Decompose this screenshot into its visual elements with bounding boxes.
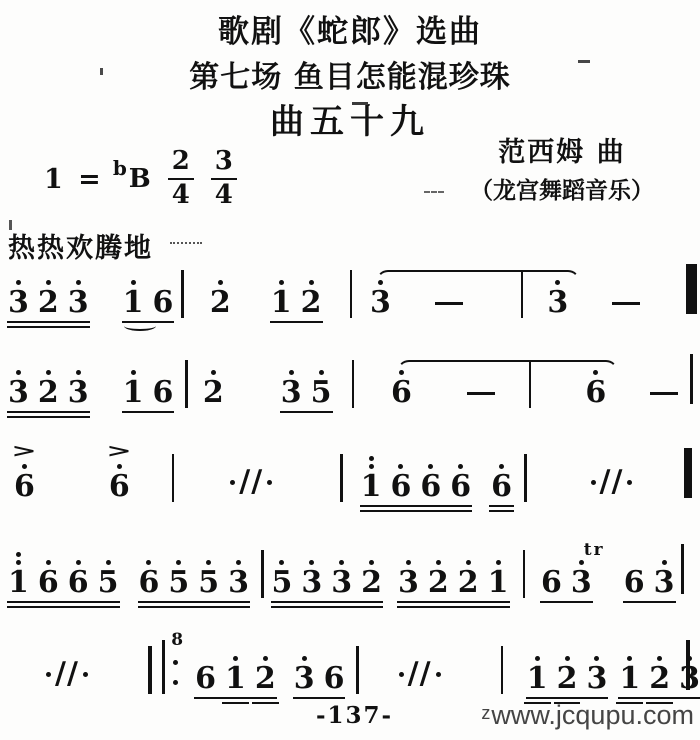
note-digit: 3 bbox=[398, 567, 419, 598]
note-digit: 3 bbox=[301, 567, 322, 598]
note-digit: 6 bbox=[391, 377, 412, 408]
watermark-mark: z bbox=[481, 703, 490, 724]
jianpu-note: 1 bbox=[123, 280, 144, 318]
note-digit: 6 bbox=[139, 567, 160, 598]
simile-dot bbox=[591, 480, 596, 485]
jianpu-note: 2 bbox=[301, 280, 322, 318]
jianpu-note: 3 bbox=[8, 370, 29, 408]
jianpu-note: 3 bbox=[586, 656, 607, 694]
note-digit: 6 bbox=[38, 567, 59, 598]
repeat-count: 8 bbox=[171, 630, 183, 650]
octave-dots bbox=[369, 456, 374, 469]
jianpu-note: 1 bbox=[488, 560, 509, 598]
jianpu-note: 3 bbox=[68, 280, 89, 318]
note-group: 16 bbox=[123, 370, 174, 408]
watermark: z www.jcqupu.com bbox=[481, 700, 694, 731]
note-digit: 2 bbox=[38, 287, 59, 318]
note-digit: 6 bbox=[491, 471, 512, 502]
jianpu-note: 6 bbox=[68, 560, 89, 598]
note-group: 63tr bbox=[624, 560, 675, 598]
barline bbox=[524, 454, 527, 502]
scan-artifact bbox=[424, 191, 444, 193]
note-group: 323 bbox=[8, 370, 89, 408]
note-group: 35 bbox=[281, 370, 332, 408]
jianpu-note: 2 bbox=[38, 370, 59, 408]
note-digit: 3 bbox=[370, 287, 391, 318]
note-digit: 3 bbox=[68, 287, 89, 318]
note-group: 1665 bbox=[8, 552, 119, 598]
note-group: 6553 bbox=[139, 560, 250, 598]
scan-artifact bbox=[170, 242, 202, 244]
jianpu-note: 2 bbox=[38, 280, 59, 318]
jianpu-note: 5 bbox=[98, 560, 119, 598]
jianpu-note: 3 bbox=[654, 560, 675, 598]
note-digit: 3 bbox=[547, 287, 568, 318]
note-group: 16 bbox=[123, 280, 174, 318]
note-digit: 1 bbox=[123, 287, 144, 318]
jianpu-note: 1 bbox=[271, 280, 292, 318]
note-digit: 3 bbox=[331, 567, 352, 598]
edge-barline bbox=[686, 264, 697, 314]
note-digit: 6 bbox=[450, 471, 471, 502]
jianpu-note: 6 bbox=[153, 287, 174, 318]
jianpu-note: 3 bbox=[68, 370, 89, 408]
note-digit: 6 bbox=[541, 567, 562, 598]
repeat-dot bbox=[173, 680, 178, 685]
jianpu-note: >6 bbox=[14, 442, 35, 502]
jianpu-note: 5 bbox=[168, 560, 189, 598]
edge-barline bbox=[684, 448, 692, 498]
jianpu-note: 3 bbox=[8, 280, 29, 318]
note-digit: 1 bbox=[123, 377, 144, 408]
sheet-music-page: 歌剧《蛇郎》选曲 第七场 鱼目怎能混珍珠 曲五十九 1 = b B 2 4 3 … bbox=[0, 0, 700, 740]
simile-repeat-sign: // bbox=[42, 659, 92, 689]
jianpu-note: 6 bbox=[420, 464, 441, 502]
note-group: 5332 bbox=[272, 560, 383, 598]
jianpu-note: 6 bbox=[541, 567, 562, 598]
jianpu-note: 3 bbox=[571, 560, 592, 598]
jianpu-note: 3 bbox=[228, 560, 249, 598]
note-digit: 5 bbox=[272, 567, 293, 598]
note-digit: 6 bbox=[195, 663, 216, 694]
jianpu-note: 2 bbox=[255, 656, 276, 694]
note-digit: 5 bbox=[198, 567, 219, 598]
simile-dot bbox=[83, 672, 88, 677]
accent-mark: > bbox=[107, 442, 132, 461]
simile-dot bbox=[230, 480, 235, 485]
note-group: 612 bbox=[195, 656, 276, 694]
barline bbox=[501, 646, 503, 694]
slur-under bbox=[124, 321, 156, 331]
jianpu-note: 6 bbox=[391, 464, 412, 502]
barline bbox=[523, 550, 526, 598]
jianpu-note: 2 bbox=[649, 656, 670, 694]
note-digit: 6 bbox=[68, 567, 89, 598]
note-digit: 5 bbox=[168, 567, 189, 598]
note-digit: 3 bbox=[586, 663, 607, 694]
repeat-barline bbox=[162, 640, 165, 694]
note-digit: 3 bbox=[68, 377, 89, 408]
note-digit: 2 bbox=[428, 567, 449, 598]
trill-mark: tr bbox=[584, 540, 605, 560]
jianpu-note: 1 bbox=[619, 656, 640, 694]
note-digit: 3 bbox=[571, 567, 592, 598]
octave-dot bbox=[369, 456, 374, 461]
octave-dot bbox=[16, 552, 21, 557]
tie-slur bbox=[376, 270, 580, 288]
jianpu-note: 2 bbox=[428, 560, 449, 598]
note-digit: 5 bbox=[311, 377, 332, 408]
note-digit: 6 bbox=[153, 377, 174, 408]
simile-slashes: // bbox=[600, 467, 624, 497]
repeat-dot bbox=[173, 660, 178, 665]
simile-slashes: // bbox=[239, 467, 263, 497]
scan-artifact bbox=[9, 220, 12, 230]
scan-artifact bbox=[352, 102, 368, 105]
note-digit: 1 bbox=[271, 287, 292, 318]
score-line-1: 3231621233 bbox=[0, 260, 700, 318]
note-digit: 5 bbox=[98, 567, 119, 598]
edge-barline bbox=[690, 354, 693, 404]
jianpu-note: 1 bbox=[8, 552, 29, 598]
note-digit: 2 bbox=[557, 663, 578, 694]
simile-slashes: // bbox=[55, 659, 79, 689]
barline bbox=[181, 270, 184, 318]
note-digit: 3 bbox=[294, 663, 315, 694]
simile-slashes: // bbox=[408, 659, 432, 689]
note-group: 3221 bbox=[398, 560, 509, 598]
note-digit: 2 bbox=[38, 377, 59, 408]
jianpu-note: 2 bbox=[210, 280, 231, 318]
barline bbox=[350, 270, 353, 318]
barline bbox=[340, 454, 343, 502]
jianpu-note: 6 bbox=[491, 464, 512, 502]
dash-extension bbox=[612, 302, 640, 306]
note-digit: 1 bbox=[225, 663, 246, 694]
note-digit: 6 bbox=[109, 471, 130, 502]
jianpu-note: 2 bbox=[557, 656, 578, 694]
jianpu-note: 5 bbox=[198, 560, 219, 598]
simile-dot bbox=[46, 672, 51, 677]
simile-repeat-sign: // bbox=[226, 467, 276, 497]
note-digit: 2 bbox=[649, 663, 670, 694]
simile-dot bbox=[399, 672, 404, 677]
note-group: 1666 bbox=[361, 456, 472, 502]
note-digit: 1 bbox=[8, 567, 29, 598]
jianpu-note: 3 bbox=[281, 370, 302, 408]
note-digit: 1 bbox=[488, 567, 509, 598]
simile-dot bbox=[627, 480, 632, 485]
note-digit: 6 bbox=[391, 471, 412, 502]
barline bbox=[352, 360, 355, 408]
note-digit: 3 bbox=[281, 377, 302, 408]
note-digit: 6 bbox=[324, 663, 345, 694]
note-digit: 3 bbox=[8, 377, 29, 408]
note-digit: 2 bbox=[301, 287, 322, 318]
jianpu-note: 1 bbox=[527, 656, 548, 694]
note-digit: 6 bbox=[153, 287, 174, 318]
jianpu-note: 3 bbox=[398, 560, 419, 598]
note-digit: 3 bbox=[228, 567, 249, 598]
dash-extension bbox=[435, 302, 463, 306]
barline bbox=[148, 646, 152, 694]
note-digit: 6 bbox=[14, 471, 35, 502]
jianpu-note: 5 bbox=[272, 560, 293, 598]
jianpu-note: 1 bbox=[123, 370, 144, 408]
edge-barline bbox=[681, 544, 684, 594]
accent-mark: > bbox=[12, 442, 37, 461]
jianpu-note: 6 bbox=[38, 560, 59, 598]
page-number: -137- bbox=[316, 702, 393, 729]
edge-barline bbox=[686, 640, 690, 690]
barline bbox=[261, 550, 264, 598]
score-line-4: 16656553533232216363tr bbox=[0, 540, 700, 598]
jianpu-note: 6 bbox=[153, 377, 174, 408]
simile-repeat-sign: // bbox=[587, 467, 637, 497]
note-group: 36 bbox=[294, 656, 345, 694]
simile-dot bbox=[267, 480, 272, 485]
note-digit: 1 bbox=[619, 663, 640, 694]
note-digit: 6 bbox=[420, 471, 441, 502]
jianpu-note: 6 bbox=[324, 663, 345, 694]
note-digit: 3 bbox=[8, 287, 29, 318]
barline bbox=[356, 646, 358, 694]
note-digit: 2 bbox=[255, 663, 276, 694]
jianpu-note: 6 bbox=[450, 464, 471, 502]
note-digit: 1 bbox=[527, 663, 548, 694]
scan-artifact bbox=[578, 60, 590, 63]
note-group: 12 bbox=[271, 280, 322, 318]
jianpu-note: >6 bbox=[109, 442, 130, 502]
jianpu-note: 3 bbox=[331, 560, 352, 598]
jianpu-note: 6 bbox=[195, 663, 216, 694]
note-group: 63 bbox=[541, 560, 592, 598]
score-line-5: //861236//123123 bbox=[0, 636, 700, 694]
jianpu-note: 2 bbox=[458, 560, 479, 598]
jianpu-note: 3 bbox=[294, 656, 315, 694]
jianpu-note: 6 bbox=[624, 567, 645, 598]
barline bbox=[185, 360, 188, 408]
scan-artifact bbox=[100, 68, 103, 75]
note-digit: 2 bbox=[203, 377, 224, 408]
note-group: 123 bbox=[527, 656, 608, 694]
dash-extension bbox=[650, 392, 678, 396]
jianpu-note: 1 bbox=[361, 456, 382, 502]
barline bbox=[172, 454, 175, 502]
jianpu-note: 5 bbox=[311, 370, 332, 408]
score-line-2: 3231623566 bbox=[0, 350, 700, 408]
tie-slur bbox=[397, 360, 618, 378]
jianpu-note: 6 bbox=[139, 560, 160, 598]
note-group: 323 bbox=[8, 280, 89, 318]
note-digit: 1 bbox=[361, 471, 382, 502]
score-line-3: >6>6//16666// bbox=[0, 444, 700, 502]
simile-repeat-sign: // bbox=[395, 659, 445, 689]
jianpu-note: 1 bbox=[225, 656, 246, 694]
note-digit: 6 bbox=[624, 567, 645, 598]
dash-extension bbox=[467, 392, 495, 396]
jianpu-note: 3 bbox=[301, 560, 322, 598]
watermark-url: www.jcqupu.com bbox=[491, 700, 694, 731]
note-digit: 2 bbox=[210, 287, 231, 318]
repeat-start-sign: 8 bbox=[162, 638, 185, 694]
jianpu-note: 2 bbox=[361, 560, 382, 598]
note-digit: 2 bbox=[361, 567, 382, 598]
note-digit: 2 bbox=[458, 567, 479, 598]
simile-dot bbox=[436, 672, 441, 677]
jianpu-note: 2 bbox=[203, 370, 224, 408]
note-digit: 3 bbox=[654, 567, 675, 598]
score-area: 32316212333231623566>6>6//16666//1665655… bbox=[0, 0, 700, 740]
octave-dots bbox=[16, 552, 21, 565]
note-digit: 6 bbox=[585, 377, 606, 408]
